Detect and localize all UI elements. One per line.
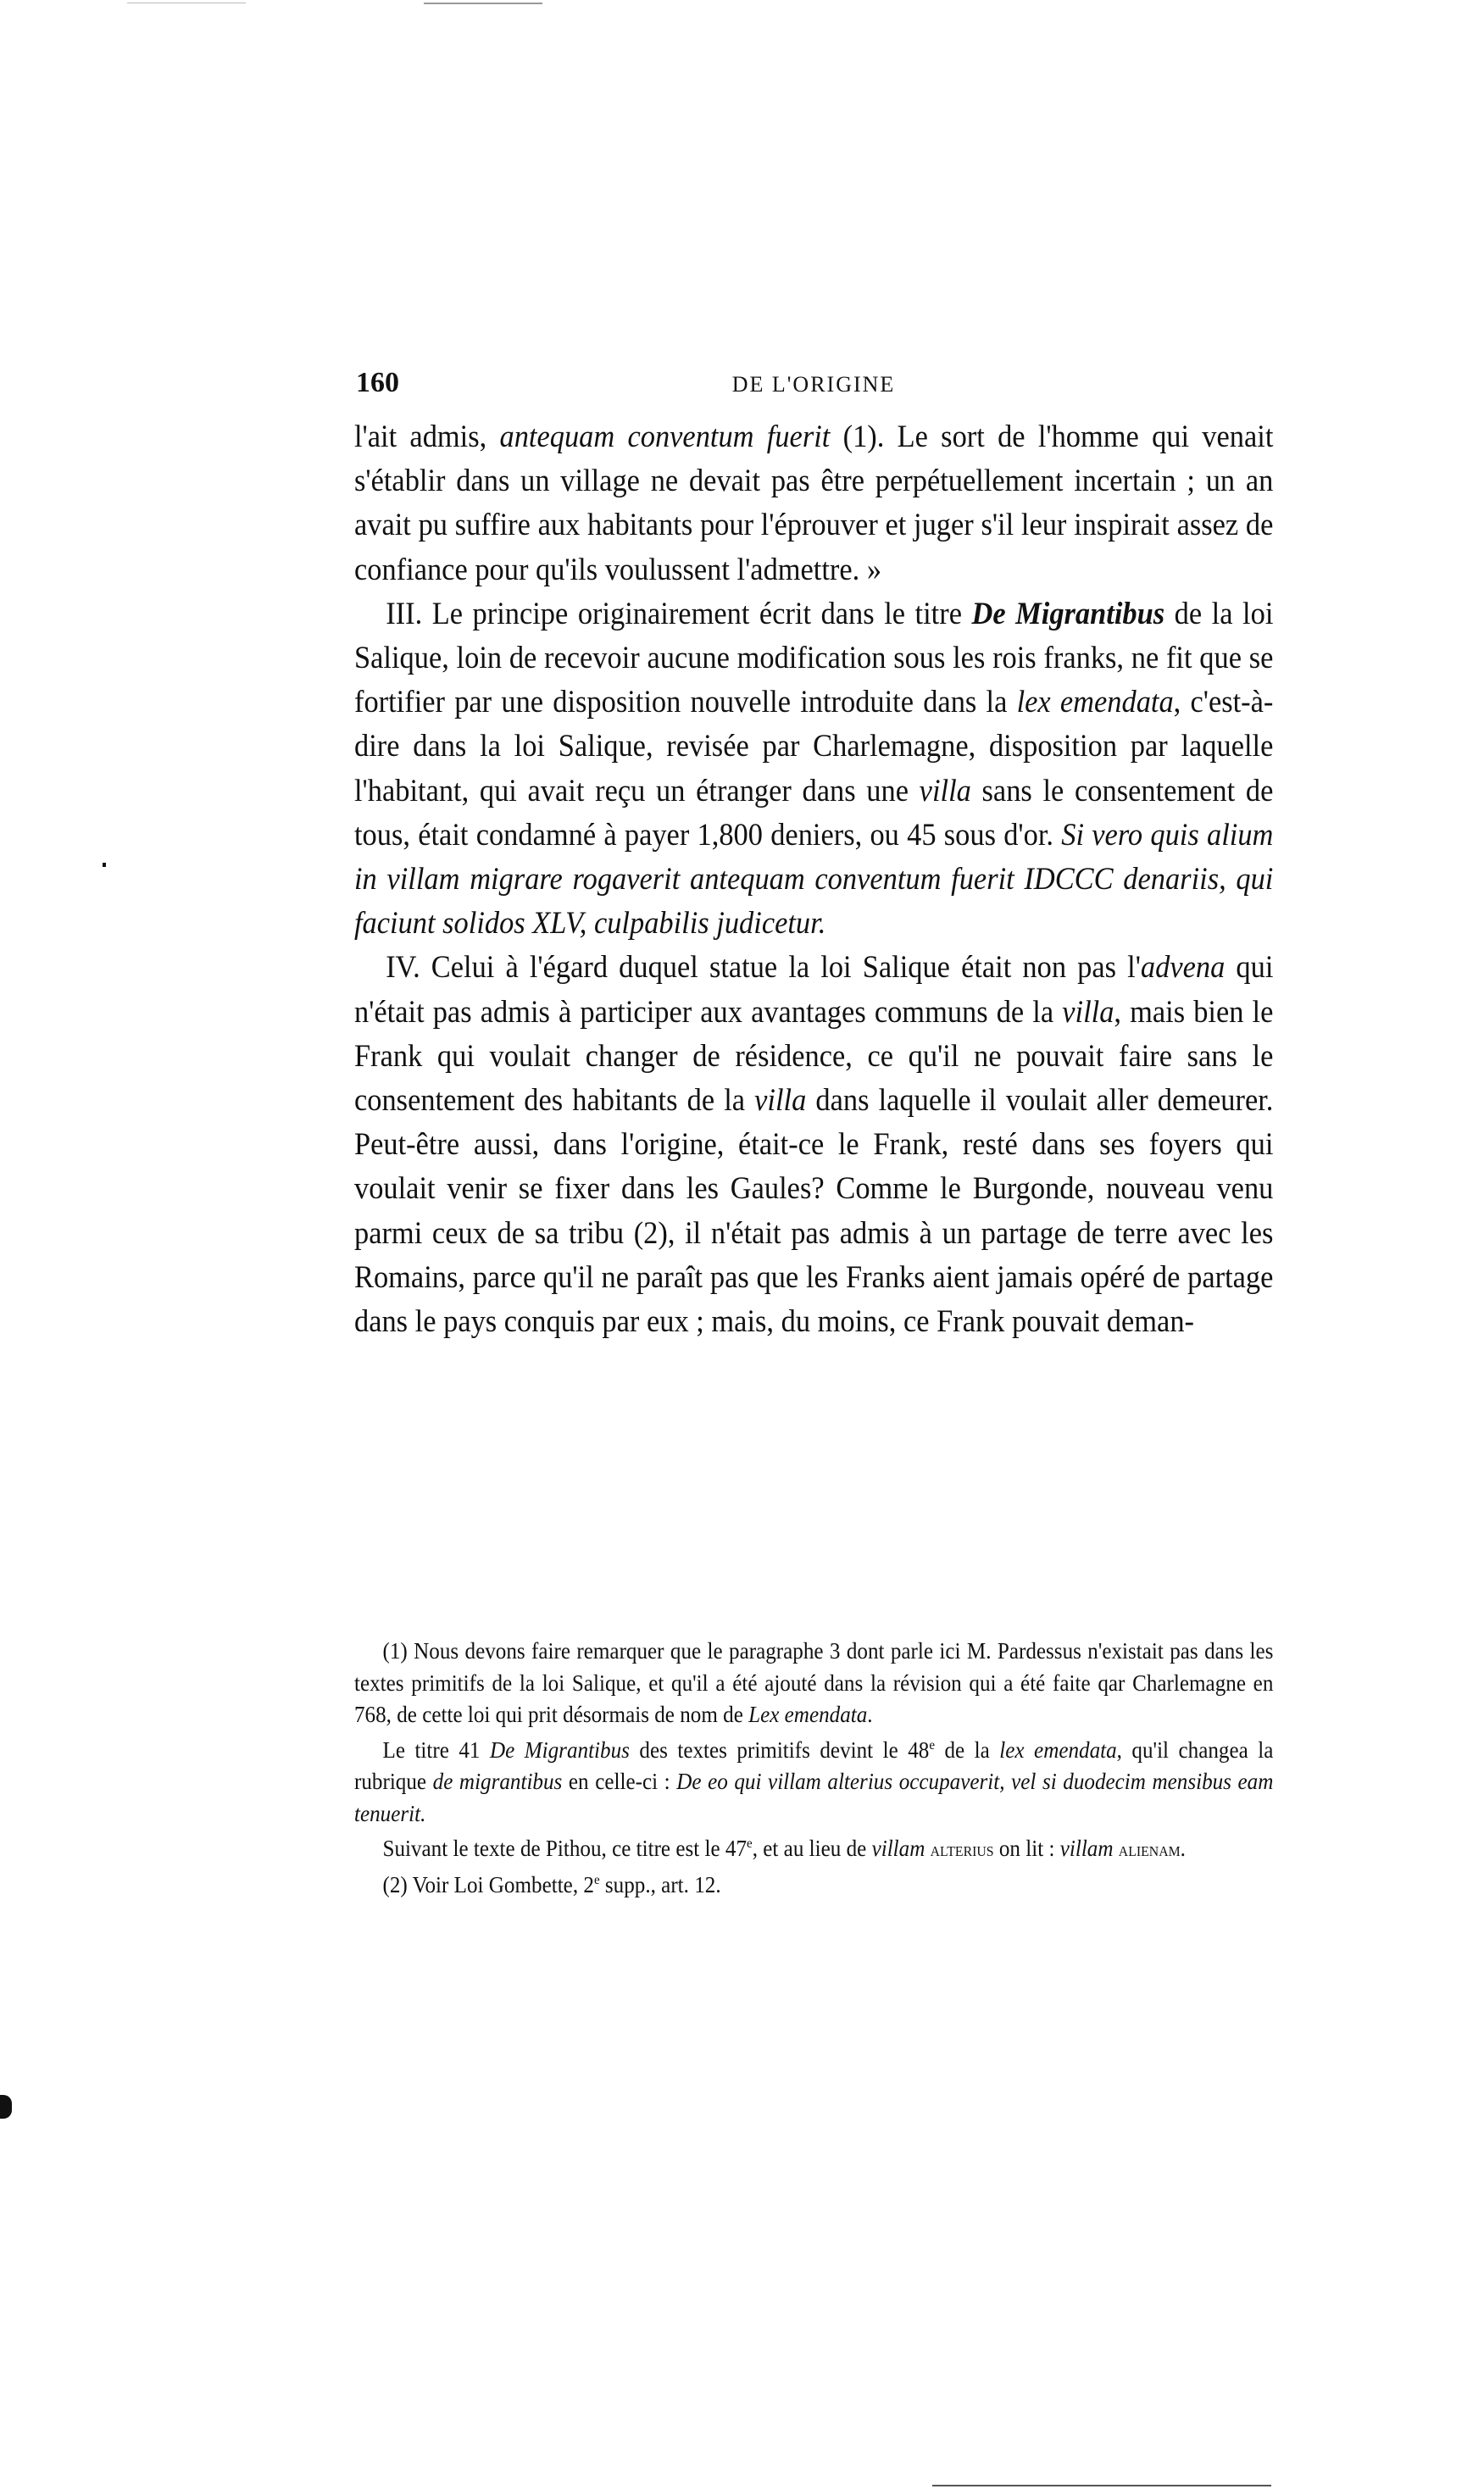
footnotes: (1) Nous devons faire remarquer que le p… <box>354 1636 1273 1904</box>
small-caps-word: alienam <box>1119 1838 1181 1861</box>
text-span: IV. Celui à l'égard duquel statue la loi… <box>386 950 1141 985</box>
footnote-1-continued: Le titre 41 De Migrantibus des textes pr… <box>354 1735 1273 1831</box>
latin-word: advena <box>1141 950 1225 985</box>
latin-phrase: Lex emendata <box>748 1702 867 1727</box>
text-span: . <box>1181 1836 1186 1861</box>
body-text: l'ait admis, antequam conventum fuerit (… <box>354 415 1273 1344</box>
text-span: supp., art. 12. <box>600 1872 721 1897</box>
latin-word: villam <box>872 1836 925 1861</box>
page: 160 DE L'ORIGINE l'ait admis, antequam c… <box>354 364 1273 1344</box>
text-span: dans laquelle il voulait aller demeurer.… <box>354 1083 1273 1339</box>
footnote-1: (1) Nous devons faire remarquer que le p… <box>354 1636 1273 1731</box>
latin-phrase: lex emendata <box>1017 685 1174 719</box>
latin-word: villa <box>1062 995 1114 1030</box>
text-span: de la <box>935 1737 999 1763</box>
latin-word: villam <box>1060 1836 1114 1861</box>
latin-phrase: antequam conventum fuerit <box>499 419 830 454</box>
text-span: . <box>867 1702 872 1727</box>
text-span: en celle-ci : <box>562 1769 676 1794</box>
paragraph-continuation: l'ait admis, antequam conventum fuerit (… <box>354 415 1273 592</box>
scan-artifact-top-2 <box>424 3 542 4</box>
running-head: 160 DE L'ORIGINE <box>354 364 1273 402</box>
latin-word: villa <box>920 774 971 808</box>
footnote-2: (2) Voir Loi Gombette, 2e supp., art. 12… <box>354 1870 1273 1902</box>
text-span: (2) Voir Loi Gombette, 2 <box>382 1872 593 1897</box>
scan-artifact-bottom <box>932 2485 1271 2486</box>
text-span: on lit : <box>994 1836 1060 1861</box>
running-title: DE L'ORIGINE <box>354 366 1273 403</box>
latin-title: De Migrantibus <box>972 597 1165 631</box>
text-span: III. Le principe originairement écrit da… <box>386 597 971 631</box>
paragraph-iv: IV. Celui à l'égard duquel statue la loi… <box>354 946 1273 1344</box>
footnote-1-pithou: Suivant le texte de Pithou, ce titre est… <box>354 1833 1273 1866</box>
latin-title: De Migrantibus <box>490 1737 630 1763</box>
text-span: des textes primitifs devint le 48 <box>630 1737 929 1763</box>
latin-phrase: de migrantibus <box>433 1769 563 1794</box>
text-span: Le titre 41 <box>382 1737 489 1763</box>
paragraph-iii: III. Le principe originairement écrit da… <box>354 592 1273 947</box>
small-caps-word: alterius <box>931 1838 994 1861</box>
text-span: l'ait admis, <box>354 419 499 454</box>
text-span: , et au lieu de <box>753 1836 872 1861</box>
latin-phrase: lex emendata <box>999 1737 1116 1763</box>
ordinal-suffix: e <box>929 1737 935 1753</box>
scan-artifact-dot <box>103 863 106 867</box>
text-span: Suivant le texte de Pithou, ce titre est… <box>382 1836 747 1861</box>
scan-artifact-top <box>127 3 246 3</box>
latin-word: villa <box>754 1083 806 1118</box>
scan-artifact-left-edge <box>0 2095 12 2119</box>
